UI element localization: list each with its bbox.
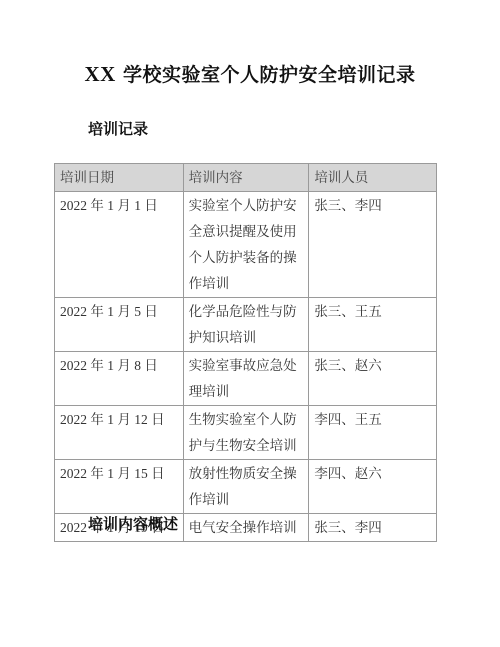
table-row: 2022 年 1 月 8 日 实验室事故应急处理培训 张三、赵六 [55, 352, 437, 406]
table-row: 2022 年 1 月 15 日 放射性物质安全操作培训 李四、赵六 [55, 460, 437, 514]
column-header-people: 培训人员 [309, 164, 437, 192]
title-text: 学校实验室个人防护安全培训记录 [116, 64, 416, 86]
cell-content: 化学品危险性与防护知识培训 [183, 298, 309, 352]
cell-content: 实验室事故应急处理培训 [183, 352, 309, 406]
cell-people: 张三、王五 [309, 298, 437, 352]
cell-people: 李四、王五 [309, 406, 437, 460]
cell-content: 放射性物质安全操作培训 [183, 460, 309, 514]
table-row: 2022 年 1 月 5 日 化学品危险性与防护知识培训 张三、王五 [55, 298, 437, 352]
table-header-row: 培训日期 培训内容 培训人员 [55, 164, 437, 192]
column-header-date: 培训日期 [55, 164, 184, 192]
table-row: 2022 年 1 月 12 日 生物实验室个人防护与生物安全培训 李四、王五 [55, 406, 437, 460]
cell-date: 2022 年 1 月 8 日 [55, 352, 184, 406]
cell-people: 张三、赵六 [309, 352, 437, 406]
column-header-content: 培训内容 [183, 164, 309, 192]
cell-content: 实验室个人防护安全意识提醒及使用个人防护装备的操作培训 [183, 192, 309, 298]
cell-people: 张三、李四 [309, 514, 437, 542]
training-records-table: 培训日期 培训内容 培训人员 2022 年 1 月 1 日 实验室个人防护安全意… [54, 163, 437, 542]
cell-people: 李四、赵六 [309, 460, 437, 514]
document-title: XX 学校实验室个人防护安全培训记录 [0, 60, 500, 87]
cell-content: 生物实验室个人防护与生物安全培训 [183, 406, 309, 460]
table-row: 2022 年 1 月 1 日 实验室个人防护安全意识提醒及使用个人防护装备的操作… [55, 192, 437, 298]
section-heading-records: 培训记录 [88, 118, 148, 139]
cell-content: 电气安全操作培训 [183, 514, 309, 542]
cell-date: 2022 年 1 月 1 日 [55, 192, 184, 298]
cell-date: 2022 年 1 月 5 日 [55, 298, 184, 352]
cell-people: 张三、李四 [309, 192, 437, 298]
section-heading-overview: 培训内容概述 [88, 513, 178, 534]
cell-date: 2022 年 1 月 12 日 [55, 406, 184, 460]
cell-date: 2022 年 1 月 15 日 [55, 460, 184, 514]
title-prefix: XX [85, 62, 116, 86]
